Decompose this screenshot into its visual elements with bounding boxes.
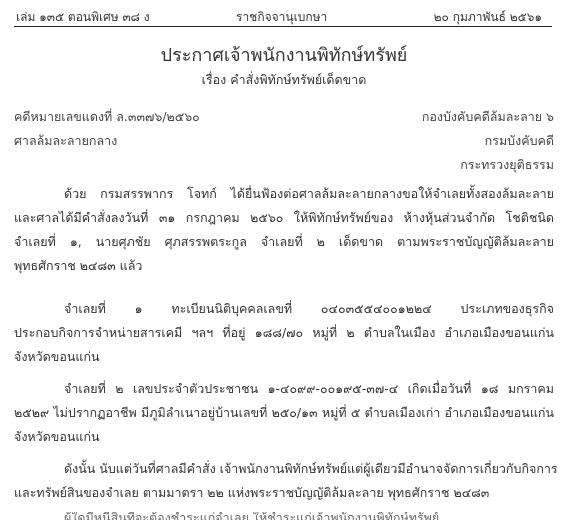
paragraph-defendant-2: จำเลยที่ ๒ เลขประจำตัวประชาชน ๑-๔๐๙๙-๐๐๑… <box>14 377 554 449</box>
publication-date: ๒๐ กุมภาพันธ์ ๒๕๖๑ <box>434 8 542 27</box>
paragraph-line: ด้วย กรมสรรพากร โจทก์ ได้ยื่นฟ้องต่อศาลล… <box>14 182 554 206</box>
volume-issue: เล่ม ๑๓๕ ตอนพิเศษ ๓๘ ง <box>16 8 150 27</box>
office-department: กรมบังคับคดี <box>485 131 554 151</box>
paragraph-line: ประกอบกิจการจำหน่ายสารเคมี ฯลฯ ที่อยู่ ๑… <box>14 321 554 345</box>
truncated-line: ผู้ใดมีหนี้สินที่จะต้องชำระแก่จำเลย ให้ช… <box>14 512 554 520</box>
paragraph-lawsuit: ด้วย กรมสรรพากร โจทก์ ได้ยื่นฟ้องต่อศาลล… <box>14 182 554 278</box>
office-division: กองบังคับคดีล้มละลาย ๖ <box>422 107 554 127</box>
paragraph-line: ผู้ใดมีหนี้สินที่จะต้องชำระแก่จำเลย ให้ช… <box>14 512 554 520</box>
paragraph-line: และทรัพย์สินของจำเลย ตามมาตรา ๒๒ แห่งพระ… <box>14 481 554 505</box>
paragraph-authority: ดังนั้น นับแต่วันที่ศาลมีคำสั่ง เจ้าพนัก… <box>14 457 554 505</box>
case-number: คดีหมายเลขแดงที่ ล.๓๓๗๖/๒๕๖๐ <box>14 107 200 127</box>
paragraph-defendant-1: จำเลยที่ ๑ ทะเบียนนิติบุคคลเลขที่ ๐๔๐๓๕๕… <box>14 297 554 369</box>
document-subject: เรื่อง คำสั่งพิทักษ์ทรัพย์เด็ดขาด <box>0 70 568 90</box>
paragraph-line: จังหวัดขอนแก่น <box>14 345 554 369</box>
publication-name: ราชกิจจานุเบกษา <box>236 8 327 27</box>
office-ministry: กระทรวงยุติธรรม <box>460 155 554 175</box>
paragraph-line: พุทธศักราช ๒๔๘๓ แล้ว <box>14 254 554 278</box>
document-title: ประกาศเจ้าพนักงานพิทักษ์ทรัพย์ <box>0 40 568 69</box>
paragraph-line: จำเลยที่ ๑, นายศุภชัย ศุภสรรพตระกูล จำเล… <box>14 230 554 254</box>
paragraph-line: และศาลได้มีคำสั่งลงวันที่ ๓๑ กรกฎาคม ๒๕๖… <box>14 206 554 230</box>
court-name: ศาลล้มละลายกลาง <box>14 131 117 151</box>
paragraph-line: ๒๕๒๙ ไม่ปรากฏอาชีพ มีภูมิลำเนาอยู่บ้านเล… <box>14 401 554 425</box>
gazette-header: เล่ม ๑๓๕ ตอนพิเศษ ๓๘ ง ราชกิจจานุเบกษา ๒… <box>14 6 552 27</box>
paragraph-line: จำเลยที่ ๒ เลขประจำตัวประชาชน ๑-๔๐๙๙-๐๐๑… <box>14 377 554 401</box>
paragraph-line: จังหวัดขอนแก่น <box>14 425 554 449</box>
paragraph-line: ดังนั้น นับแต่วันที่ศาลมีคำสั่ง เจ้าพนัก… <box>14 457 554 481</box>
paragraph-line: จำเลยที่ ๑ ทะเบียนนิติบุคคลเลขที่ ๐๔๐๓๕๕… <box>14 297 554 321</box>
